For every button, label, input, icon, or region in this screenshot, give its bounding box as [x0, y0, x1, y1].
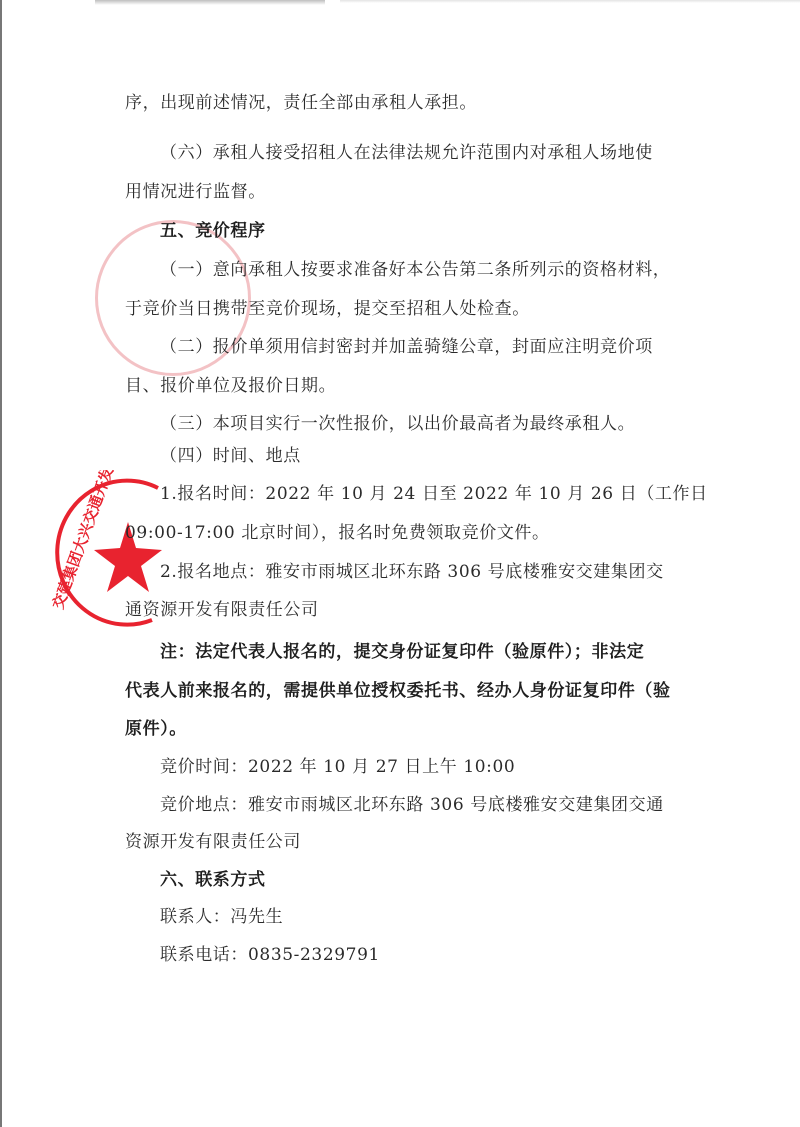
paragraph-line: （六）承租人接受招租人在法律法规允许范围内对承租人场地使 [160, 142, 653, 164]
paragraph-line: 用情况进行监督。 [125, 181, 266, 203]
paragraph-line: 竞价地点：雅安市雨城区北环东路 306 号底楼雅安交建集团交通 [160, 794, 664, 816]
paragraph-line: （二）报价单须用信封密封并加盖骑缝公章，封面应注明竞价项 [160, 336, 653, 358]
section-heading-line: 代表人前来报名的，需提供单位授权委托书、经办人身份证复印件（验 [125, 680, 671, 702]
svg-text:交建集团大兴交通开发有: 交建集团大兴交通开发有 [49, 470, 122, 611]
paragraph-line: （三）本项目实行一次性报价，以出价最高者为最终承租人。 [160, 413, 635, 435]
page-left-edge [0, 0, 2, 1127]
paragraph-line: （四）时间、地点 [160, 445, 301, 467]
paragraph-line: 通资源开发有限责任公司 [125, 599, 319, 621]
section-heading-line: 五、竞价程序 [160, 220, 266, 242]
paragraph-line: 1.报名时间：2022 年 10 月 24 日至 2022 年 10 月 26 … [160, 483, 708, 505]
section-heading-line: 注：法定代表人报名的，提交身份证复印件（验原件）；非法定 [160, 641, 644, 663]
paragraph-line: 竞价时间：2022 年 10 月 27 日上午 10:00 [160, 756, 515, 778]
paragraph-line: 09:00-17:00 北京时间），报名时免费领取竞价文件。 [125, 522, 550, 544]
scan-artifact [340, 0, 800, 3]
paragraph-line: （一）意向承租人按要求准备好本公告第二条所列示的资格材料， [160, 259, 670, 281]
paragraph-line: 资源开发有限责任公司 [125, 831, 301, 853]
paragraph-line: 序，出现前述情况，责任全部由承租人承担。 [125, 92, 477, 114]
scan-artifact [95, 0, 325, 5]
paragraph-line: 联系电话：0835-2329791 [160, 944, 380, 966]
section-heading-line: 六、联系方式 [160, 869, 266, 891]
paragraph-line: 目、报价单位及报价日期。 [125, 375, 336, 397]
section-heading-line: 原件）。 [125, 718, 187, 740]
paragraph-line: 于竞价当日携带至竞价现场，提交至招租人处检查。 [125, 298, 530, 320]
paragraph-line: 联系人：冯先生 [160, 906, 283, 928]
paragraph-line: 2.报名地点：雅安市雨城区北环东路 306 号底楼雅安交建集团交 [160, 561, 664, 583]
